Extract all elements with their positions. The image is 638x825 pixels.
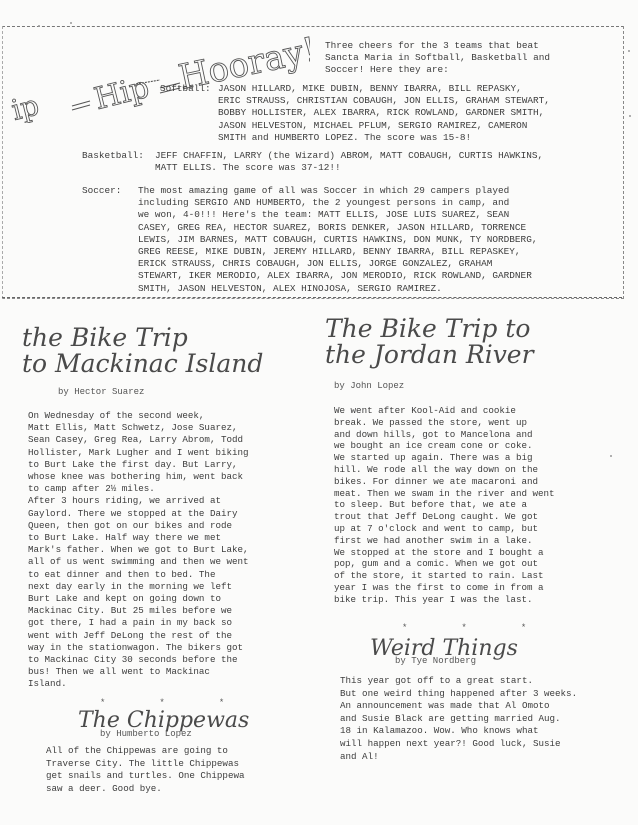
soccer-label: Soccer: [82,185,121,197]
mackinac-body: On Wednesday of the second week, Matt El… [28,410,318,691]
speck [629,115,631,117]
softball-roster: JASON HILLARD, MIKE DUBIN, BENNY IBARRA,… [218,83,628,144]
soccer-roster: The most amazing game of all was Soccer … [138,185,628,295]
speck [628,50,630,52]
chippewas-byline: by Humberto Lopez [100,728,192,740]
speck [38,25,40,27]
intro-text: Three cheers for the 3 teams that beat S… [325,40,625,77]
basketball-label: Basketball: [82,150,144,162]
jordan-body: We went after Kool-Aid and cookie break.… [334,405,634,606]
section-divider [2,297,622,298]
svg-text:ip: ip [10,88,42,123]
jordan-title: The Bike Trip to the Jordan River [325,316,534,368]
basketball-roster: JEFF CHAFFIN, LARRY (the Wizard) ABROM, … [155,150,625,174]
speck [610,455,612,457]
jordan-byline: by John Lopez [334,380,404,392]
softball-label: Softball: [160,83,211,95]
svg-text:Hip: Hip [91,70,153,117]
speck [70,22,72,24]
mackinac-title: the Bike Trip to Mackinac Island [22,325,263,377]
chippewas-body: All of the Chippewas are going to Traver… [46,745,316,795]
mackinac-byline: by Hector Suarez [58,386,144,398]
weird-things-byline: by Tye Nordberg [395,655,476,667]
jordan-separator: * * * [402,622,526,634]
weird-things-body: This year got off to a great start. But … [340,675,638,763]
